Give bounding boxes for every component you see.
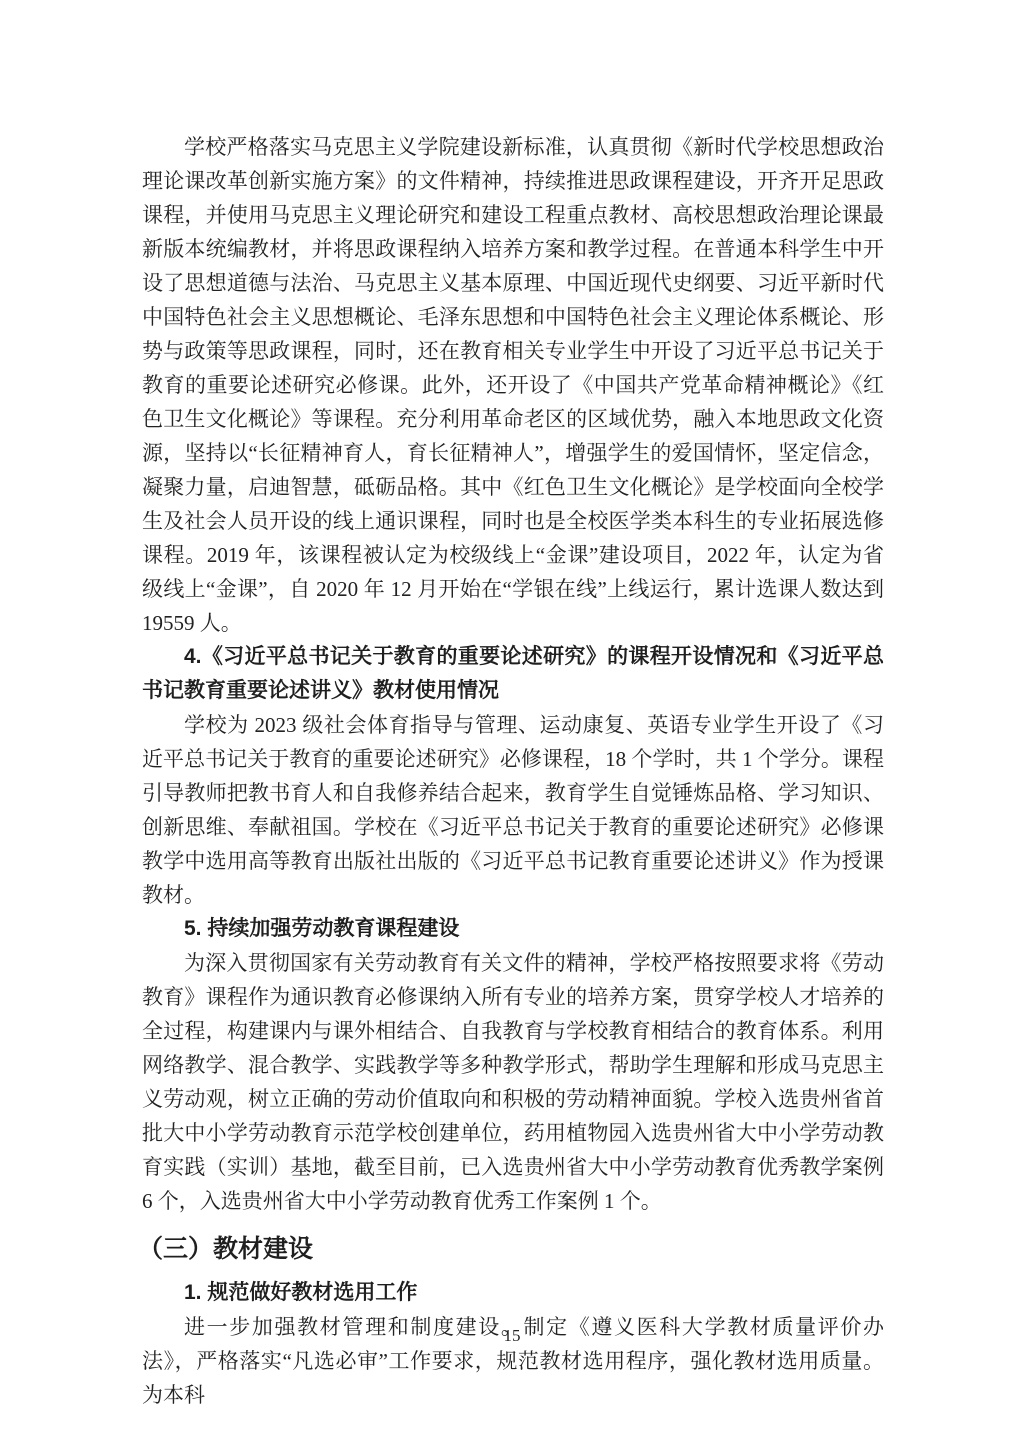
heading-5-labor-education-course: 5. 持续加强劳动教育课程建设 xyxy=(142,912,884,946)
document-page: 学校严格落实马克思主义学院建设新标准，认真贯彻《新时代学校思想政治理论课改革创新… xyxy=(0,0,1024,1448)
heading-4-xi-education-course-and-textbook: 4.《习近平总书记关于教育的重要论述研究》的课程开设情况和《习近平总书记教育重要… xyxy=(142,640,884,708)
page-content: 学校严格落实马克思主义学院建设新标准，认真贯彻《新时代学校思想政治理论课改革创新… xyxy=(142,130,884,1412)
page-number: 15 xyxy=(0,1326,1024,1346)
heading-1-textbook-selection-work: 1. 规范做好教材选用工作 xyxy=(142,1276,884,1310)
paragraph-ideology-political-courses: 学校严格落实马克思主义学院建设新标准，认真贯彻《新时代学校思想政治理论课改革创新… xyxy=(142,130,884,640)
paragraph-labor-education-details: 为深入贯彻国家有关劳动教育有关文件的精神，学校严格按照要求将《劳动教育》课程作为… xyxy=(142,946,884,1218)
section-heading-textbook-construction: （三）教材建设 xyxy=(138,1230,884,1268)
paragraph-xi-education-course-details: 学校为 2023 级社会体育指导与管理、运动康复、英语专业学生开设了《习近平总书… xyxy=(142,708,884,912)
